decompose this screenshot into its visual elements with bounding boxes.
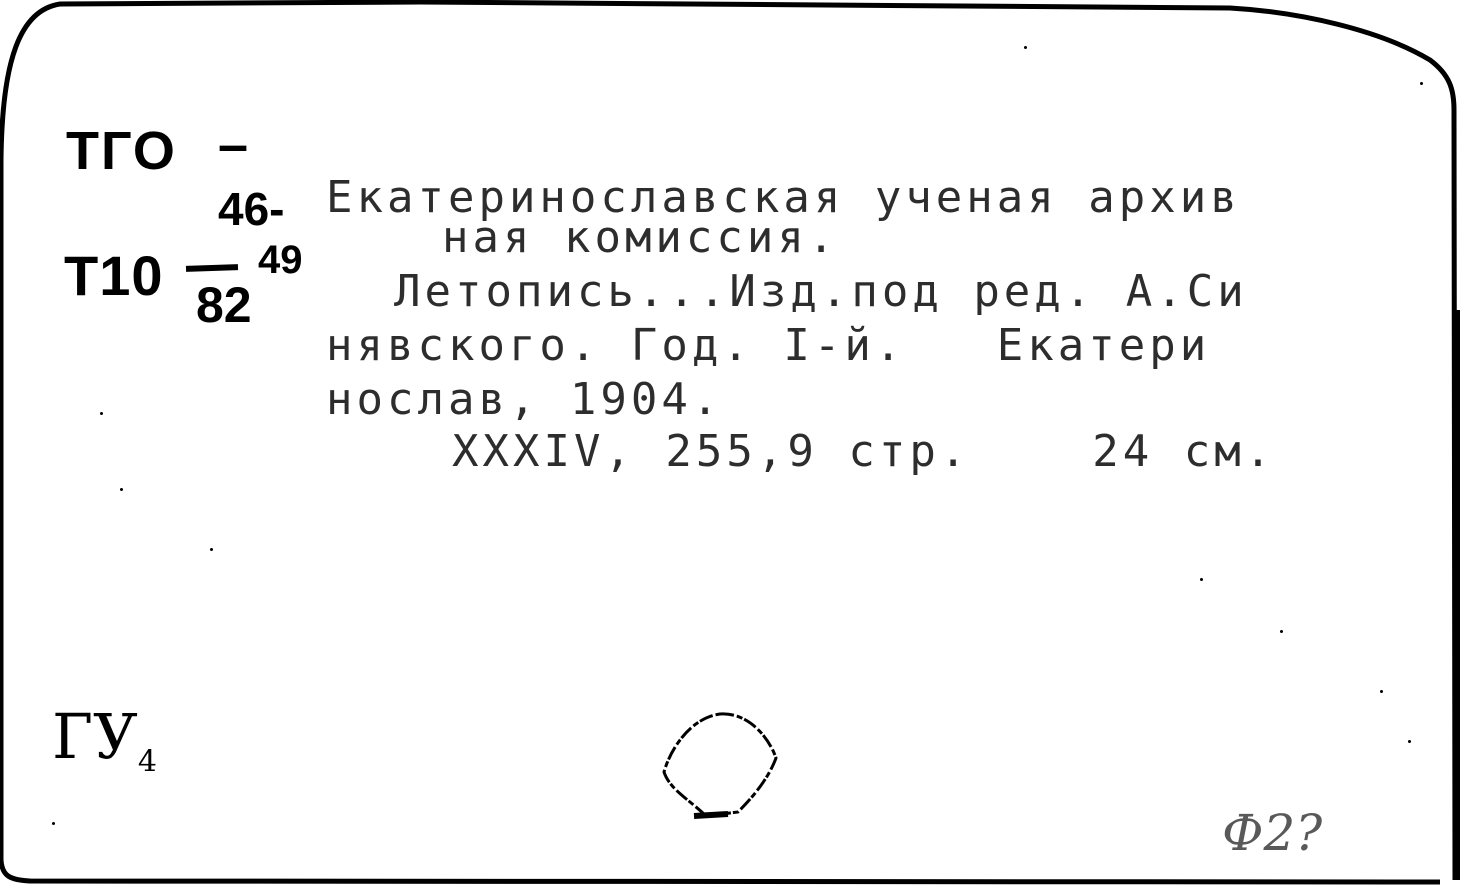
speck <box>1200 578 1203 581</box>
inventory-number: Ф2? <box>1222 804 1322 862</box>
speck <box>1024 46 1027 49</box>
entry-line-collation: XXXIV, 255,9 стр. 24 см. <box>452 430 1275 474</box>
entry-line-title-cont: ная комиссия. <box>442 216 838 260</box>
shelf-mark-suffix: 4 <box>138 744 157 779</box>
speck <box>1408 740 1411 743</box>
speck <box>1380 690 1383 693</box>
entry-line-year: нявского. Год. I-й. Екатери <box>326 324 1210 368</box>
call-number-subscript: 82 <box>196 280 252 330</box>
call-number-line-1-suffix: 46- <box>218 186 284 232</box>
call-number-superscript: 49 <box>258 240 303 280</box>
oval-stamp-icon <box>650 700 790 840</box>
call-number-line-2: Т10 <box>64 248 164 304</box>
shelf-mark: ГУ4 <box>52 706 157 777</box>
speck <box>1280 630 1283 633</box>
speck <box>210 548 213 551</box>
speck <box>52 822 55 825</box>
shelf-mark-letters: ГУ <box>52 700 138 773</box>
entry-line-editor: Летопись...Изд.под ред. А.Си <box>394 270 1248 314</box>
entry-line-place-date: нослав, 1904. <box>326 378 722 422</box>
call-number-dash: – <box>218 118 248 172</box>
call-number-line-1: ТГО <box>66 124 177 178</box>
speck <box>1420 82 1423 85</box>
speck <box>120 488 123 491</box>
speck <box>100 412 103 415</box>
